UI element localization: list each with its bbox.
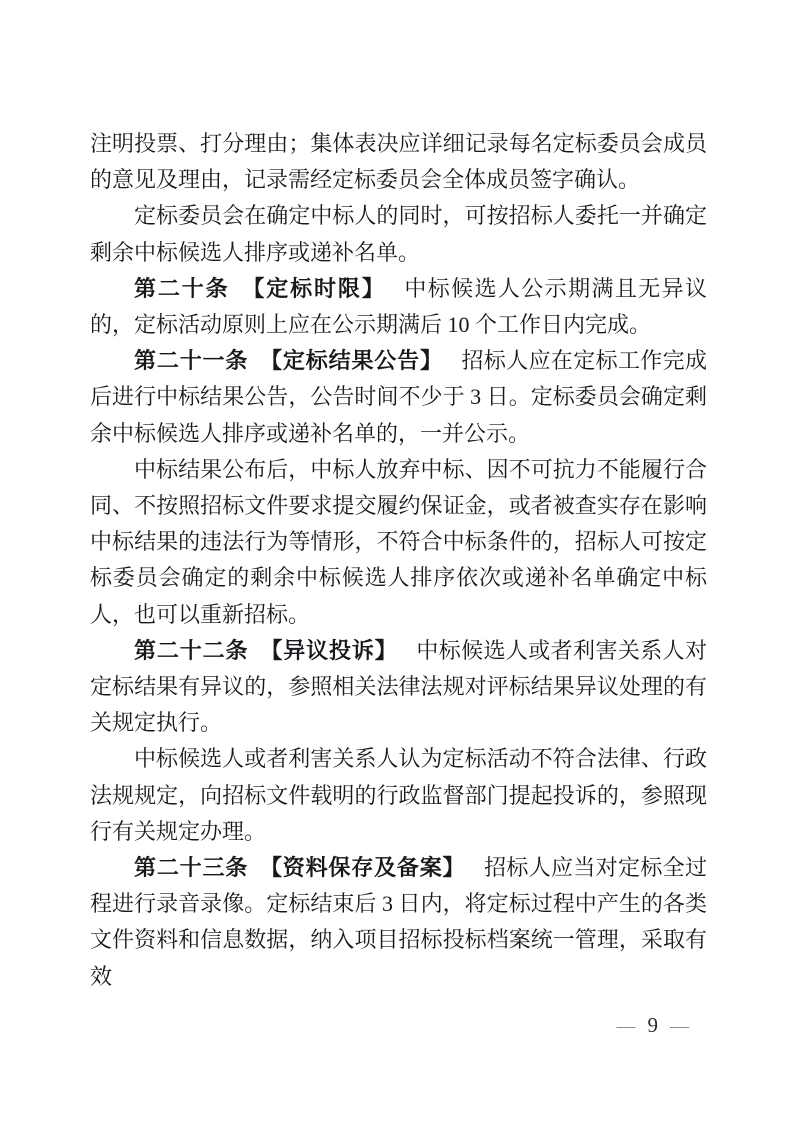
page-number-dash-left: — [617, 1016, 636, 1037]
article-heading: 第二十一条 【定标结果公告】 [134, 348, 443, 373]
paragraph: 注明投票、打分理由；集体表决应详细记录每名定标委员会成员的意见及理由，记录需经定… [90, 126, 707, 198]
paragraph-article-22: 第二十二条 【异议投诉】中标候选人或者利害关系人对定标结果有异议的，参照相关法律… [90, 633, 707, 742]
paragraph-text: 定标委员会在确定中标人的同时，可按招标人委托一并确定剩余中标候选人排序或递补名单… [90, 203, 707, 264]
paragraph-article-21: 第二十一条 【定标结果公告】招标人应在定标工作完成后进行中标结果公告，公告时间不… [90, 343, 707, 452]
page-footer: —9— [0, 1010, 793, 1040]
article-heading: 第二十三条 【资料保存及备案】 [134, 855, 465, 880]
document-body: 注明投票、打分理由；集体表决应详细记录每名定标委员会成员的意见及理由，记录需经定… [90, 126, 707, 995]
paragraph: 定标委员会在确定中标人的同时，可按招标人委托一并确定剩余中标候选人排序或递补名单… [90, 198, 707, 270]
paragraph: 中标候选人或者利害关系人认为定标活动不符合法律、行政法规规定，向招标文件载明的行… [90, 741, 707, 850]
document-page: 注明投票、打分理由；集体表决应详细记录每名定标委员会成员的意见及理由，记录需经定… [0, 0, 793, 1122]
paragraph-text: 中标结果公布后，中标人放弃中标、因不可抗力不能履行合同、不按照招标文件要求提交履… [90, 457, 707, 627]
paragraph-article-20: 第二十条 【定标时限】中标候选人公示期满且无异议的，定标活动原则上应在公示期满后… [90, 271, 707, 343]
page-number-value: 9 [648, 1013, 659, 1037]
page-number-dash-right: — [670, 1016, 689, 1037]
page-number: —9— [617, 1010, 690, 1042]
article-heading: 第二十二条 【异议投诉】 [134, 638, 398, 663]
paragraph: 中标结果公布后，中标人放弃中标、因不可抗力不能履行合同、不按照招标文件要求提交履… [90, 452, 707, 633]
paragraph-article-23: 第二十三条 【资料保存及备案】招标人应当对定标全过程进行录音录像。定标结束后 3… [90, 850, 707, 995]
article-heading: 第二十条 【定标时限】 [134, 276, 386, 301]
paragraph-text: 注明投票、打分理由；集体表决应详细记录每名定标委员会成员的意见及理由，记录需经定… [90, 131, 707, 192]
paragraph-text: 中标候选人或者利害关系人认为定标活动不符合法律、行政法规规定，向招标文件载明的行… [90, 746, 707, 843]
